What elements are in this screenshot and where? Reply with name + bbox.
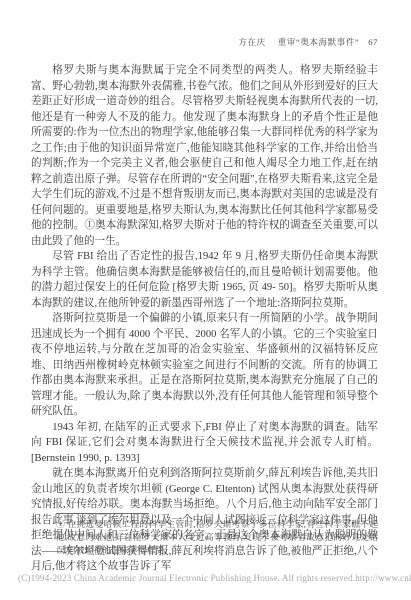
article-body: 格罗夫斯与奥本海默属于完全不同类型的两类人。格罗夫斯经验丰富、野心勃勃,奥本海默… (31, 63, 378, 575)
header-page-number: 67 (368, 37, 378, 47)
footer-url: http://www.cnki.ne (355, 573, 411, 583)
header-article-title: 重审“奥本海默事件” (278, 37, 360, 47)
journal-page: 方在庆重审“奥本海默事件”67 格罗夫斯与奥本海默属于完全不同类型的两类人。格罗… (0, 0, 411, 600)
body-paragraph: 洛斯阿拉莫斯是一个偏僻的小镇,原来只有一所简陋的小学。战争期间迅速成长为一个拥有… (31, 311, 378, 420)
body-paragraph: 1943 年初, 在陆军的正式要求下,FBI 停止了对奥本海默的调查。陆军向 F… (31, 420, 378, 467)
copyright-text: (C)1994-2023 China Academic Journal Elec… (18, 573, 355, 583)
footnote-section: ① 在挑选曼哈顿工程的科学主管时,格罗夫斯考察了多位科学家,有些科学家瞧不起他,… (56, 513, 378, 557)
footnote-divider (56, 513, 149, 514)
running-header: 方在庆重审“奥本海默事件”67 (238, 36, 378, 48)
copyright-footer: (C)1994-2023 China Academic Journal Elec… (18, 573, 411, 583)
body-paragraph: 尽管 FBI 给出了否定性的报告,1942 年 9 月,格罗夫斯仍任命奥本海默为… (31, 249, 378, 311)
footnote-text: ① 在挑选曼哈顿工程的科学主管时,格罗夫斯考察了多位科学家,有些科学家瞧不起他,… (56, 518, 378, 557)
body-paragraph: 格罗夫斯与奥本海默属于完全不同类型的两类人。格罗夫斯经验丰富、野心勃勃,奥本海默… (31, 63, 378, 249)
header-author: 方在庆 (238, 37, 265, 47)
